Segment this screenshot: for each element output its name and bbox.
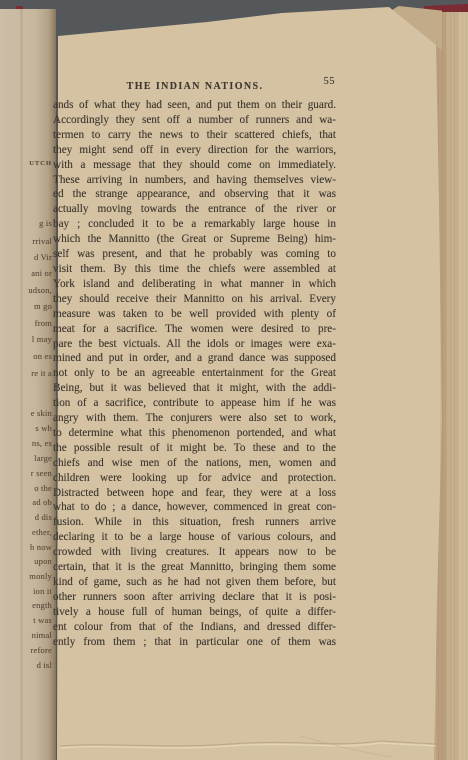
text-line: Distracted between hope and fear, they w… [53, 486, 336, 501]
facing-page-strip: UTCHg isrrivald Virani orudson,m gofroml… [0, 9, 56, 760]
text-line: children were looking up for advice and … [53, 471, 336, 486]
facing-page-text-fragment: d dis [35, 512, 52, 522]
text-line: kind of game, such as he had not given t… [53, 575, 336, 590]
text-line: meat for a sacrifice. The women were des… [53, 322, 336, 337]
text-line: they might send off in every direction f… [53, 143, 336, 158]
facing-page-text-fragment: l may [32, 334, 52, 344]
text-line: with a message that they should come on … [53, 158, 336, 173]
running-header: THE INDIAN NATIONS. 55 [53, 76, 337, 94]
facing-page-text-fragment: o the [34, 483, 52, 493]
facing-page-text-fragment: nimal [32, 630, 52, 640]
facing-page-text-fragment: upon [34, 556, 52, 566]
text-line: York island and deliberating in what man… [53, 277, 336, 292]
text-line: ands of what they had seen, and put them… [53, 98, 336, 113]
text-line: the possible result of it might be. To t… [53, 441, 336, 456]
text-line: termen to carry the news to their scatte… [53, 128, 336, 143]
facing-page-text-fragment: UTCH [29, 160, 52, 167]
facing-page-text-fragment: ength [32, 600, 52, 610]
facing-page-text-fragment: s wh [35, 423, 52, 433]
facing-page-text-fragment: e skin [31, 408, 52, 418]
book-scan: UTCHg isrrivald Virani orudson,m gofroml… [0, 0, 468, 760]
facing-page-text-fragment: re it a [31, 368, 52, 378]
text-line: Being, but it was believed that it might… [53, 381, 336, 396]
facing-page-text-fragment: d Vir [34, 252, 52, 262]
facing-page-text-fragment: from [35, 318, 52, 328]
facing-page-text-fragment: large [34, 453, 52, 463]
page-number: 55 [324, 76, 336, 87]
facing-page-text-fragment: ad ob [32, 497, 52, 507]
text-line: bay ; concluded it to be a remarkably la… [53, 217, 336, 232]
text-line: certain, that it is the great Mannitto, … [53, 560, 336, 575]
page-header-title: THE INDIAN NATIONS. [127, 81, 264, 92]
text-line: they should receive their Mannitto on hi… [53, 292, 336, 307]
text-line: chiefs and wise men of the nations, men,… [53, 456, 336, 471]
text-line: to determine what this phenomenon porten… [53, 426, 336, 441]
text-line: which the Mannitto (the Great or Supreme… [53, 232, 336, 247]
facing-page-text-fragment: ion it [33, 586, 52, 596]
text-line: angry with them. The conjurers were also… [53, 411, 336, 426]
text-line: Accordingly they sent off a number of ru… [53, 113, 336, 128]
text-line: tively a house full of human beings, of … [53, 605, 336, 620]
facing-page-text-fragment: d isl [37, 660, 52, 670]
facing-page-text-fragment: t was [33, 615, 52, 625]
text-line: mined and put in order, and a grand danc… [53, 351, 336, 366]
facing-page-text-fragment: g is [39, 218, 52, 228]
body-text: ands of what they had seen, and put them… [53, 98, 336, 650]
text-line: tion of a sacrifice, contribute to appea… [53, 396, 336, 411]
text-line: what to do ; a dance, however, commenced… [53, 500, 336, 515]
text-line: actually moving towards the entrance of … [53, 202, 336, 217]
text-line: fusion. While in this situation, fresh r… [53, 515, 336, 530]
facing-page-text-fragment: udson, [28, 285, 52, 295]
facing-page-text-fragment: m go [34, 301, 52, 311]
facing-page-text-fragment: refore [31, 645, 53, 655]
text-line: pare the best victuals. All the idols or… [53, 337, 336, 352]
text-line: not only to be an agreeable entertainmen… [53, 366, 336, 381]
facing-page-text-fragment: ns, es [32, 438, 52, 448]
facing-page-text-fragment: monly [29, 571, 52, 581]
text-line: crowded with living creatures. It appear… [53, 545, 336, 560]
facing-page-text-fragment: r seen [31, 468, 52, 478]
facing-page-text-fragment: ether, [32, 527, 52, 537]
text-line: These arriving in numbers, and having th… [53, 173, 336, 188]
facing-page-text-fragment: ani or [31, 268, 52, 278]
text-line: self was present, and that he probably w… [53, 247, 336, 262]
text-line: ed the strange appearance, and observing… [53, 187, 336, 202]
facing-page-text-fragment: on es [33, 351, 52, 361]
text-line: ent colour from that of the Indians, and… [53, 620, 336, 635]
text-line: visit them. By this time the chiefs were… [53, 262, 336, 277]
facing-page-text-fragment: h now [30, 542, 52, 552]
text-line: ently from them ; that in particular one… [53, 635, 336, 650]
text-line: measure was taken to be well provided wi… [53, 307, 336, 322]
facing-page-text-fragment: rrival [32, 236, 52, 246]
text-line: other runners soon after arriving declar… [53, 590, 336, 605]
text-line: declaring it to be a large house of vari… [53, 530, 336, 545]
